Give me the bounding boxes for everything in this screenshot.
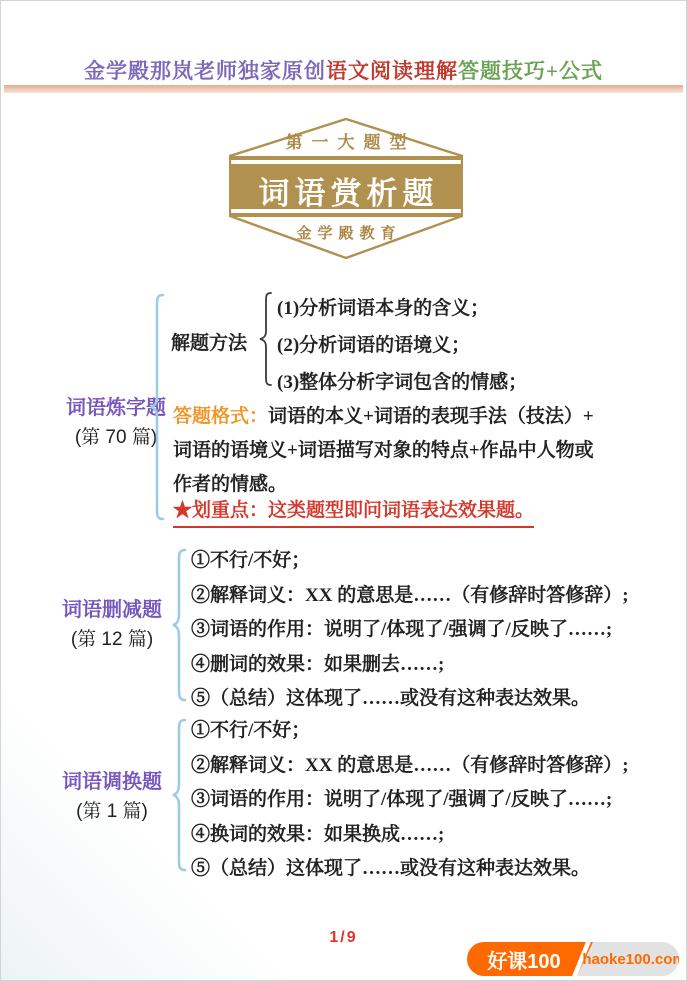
section1-sublabel: (第 70 篇)	[41, 422, 191, 449]
section3-sublabel: (第 1 篇)	[37, 796, 187, 823]
badge-main-title: 词语赏析题	[229, 168, 463, 213]
section2-sublabel: (第 12 篇)	[37, 624, 187, 651]
header-divider-bar	[4, 85, 683, 93]
site-watermark-badge: 好课100 haoke100.com	[467, 942, 679, 976]
document-page: 金学殿那岚老师独家原创语文阅读理解答题技巧+公式 第一大题型 词语赏析题 金学殿…	[0, 0, 687, 981]
list-item: ③词语的作用：说明了/体现了/强调了/反映了……;	[191, 783, 629, 818]
section2-brace	[171, 548, 187, 702]
section3-label: 词语调换题	[37, 765, 187, 794]
section3-items: ①不行/不好； ②解释词义：XX 的意思是……（有修辞时答修辞）; ③词语的作用…	[191, 714, 629, 887]
method-label: 解题方法	[171, 328, 247, 355]
list-item: ⑤（总结）这体现了……或没有这种表达效果。	[191, 682, 629, 717]
list-item: ⑤（总结）这体现了……或没有这种表达效果。	[191, 852, 629, 887]
list-item: ①不行/不好；	[191, 544, 629, 579]
header-title-suffix: 答题技巧+公式	[458, 59, 603, 83]
site-url: haoke100.com	[589, 942, 679, 976]
badge-brand-label: 金学殿教育	[229, 222, 463, 243]
method-item: (1)分析词语本身的含义；	[277, 290, 527, 327]
header-title-subject: 语文阅读理解	[326, 59, 458, 83]
page-header-title: 金学殿那岚老师独家原创语文阅读理解答题技巧+公式	[1, 55, 686, 85]
list-item: ②解释词义：XX 的意思是……（有修辞时答修辞）;	[191, 579, 629, 614]
method-item: (2)分析词语的语境义；	[277, 327, 527, 364]
list-item: ②解释词义：XX 的意思是……（有修辞时答修辞）;	[191, 749, 629, 784]
list-item: ③词语的作用：说明了/体现了/强调了/反映了……;	[191, 613, 629, 648]
method-brace	[259, 292, 273, 386]
section2-label: 词语删减题	[37, 593, 187, 622]
answer-format-label: 答题格式：	[173, 406, 268, 427]
answer-format-block: 答题格式：词语的本义+词语的表现手法（技法）+ 词语的语境义+词语描写对象的特点…	[173, 400, 594, 502]
hexagon-badge: 第一大题型 词语赏析题 金学殿教育	[229, 118, 463, 259]
section1-label: 词语炼字题	[41, 391, 191, 420]
header-title-brand: 金学殿那岚老师独家原创	[84, 59, 326, 83]
answer-format-line: 词语的本义+词语的表现手法（技法）+	[268, 406, 594, 427]
key-point-highlight: ★划重点：这类题型即问词语表达效果题。	[173, 495, 534, 528]
section1-brace	[149, 293, 165, 521]
list-item: ④换词的效果：如果换成……;	[191, 818, 629, 853]
method-items: (1)分析词语本身的含义； (2)分析词语的语境义； (3)整体分析字词包含的情…	[277, 290, 527, 401]
list-item: ①不行/不好；	[191, 714, 629, 749]
method-item: (3)整体分析字词包含的情感；	[277, 364, 527, 401]
section3-brace	[171, 718, 187, 872]
section2-items: ①不行/不好； ②解释词义：XX 的意思是……（有修辞时答修辞）; ③词语的作用…	[191, 544, 629, 717]
badge-category-label: 第一大题型	[229, 128, 463, 153]
list-item: ④删词的效果：如果删去……;	[191, 648, 629, 683]
answer-format-line: 词语的语境义+词语描写对象的特点+作品中人物或	[173, 434, 594, 468]
